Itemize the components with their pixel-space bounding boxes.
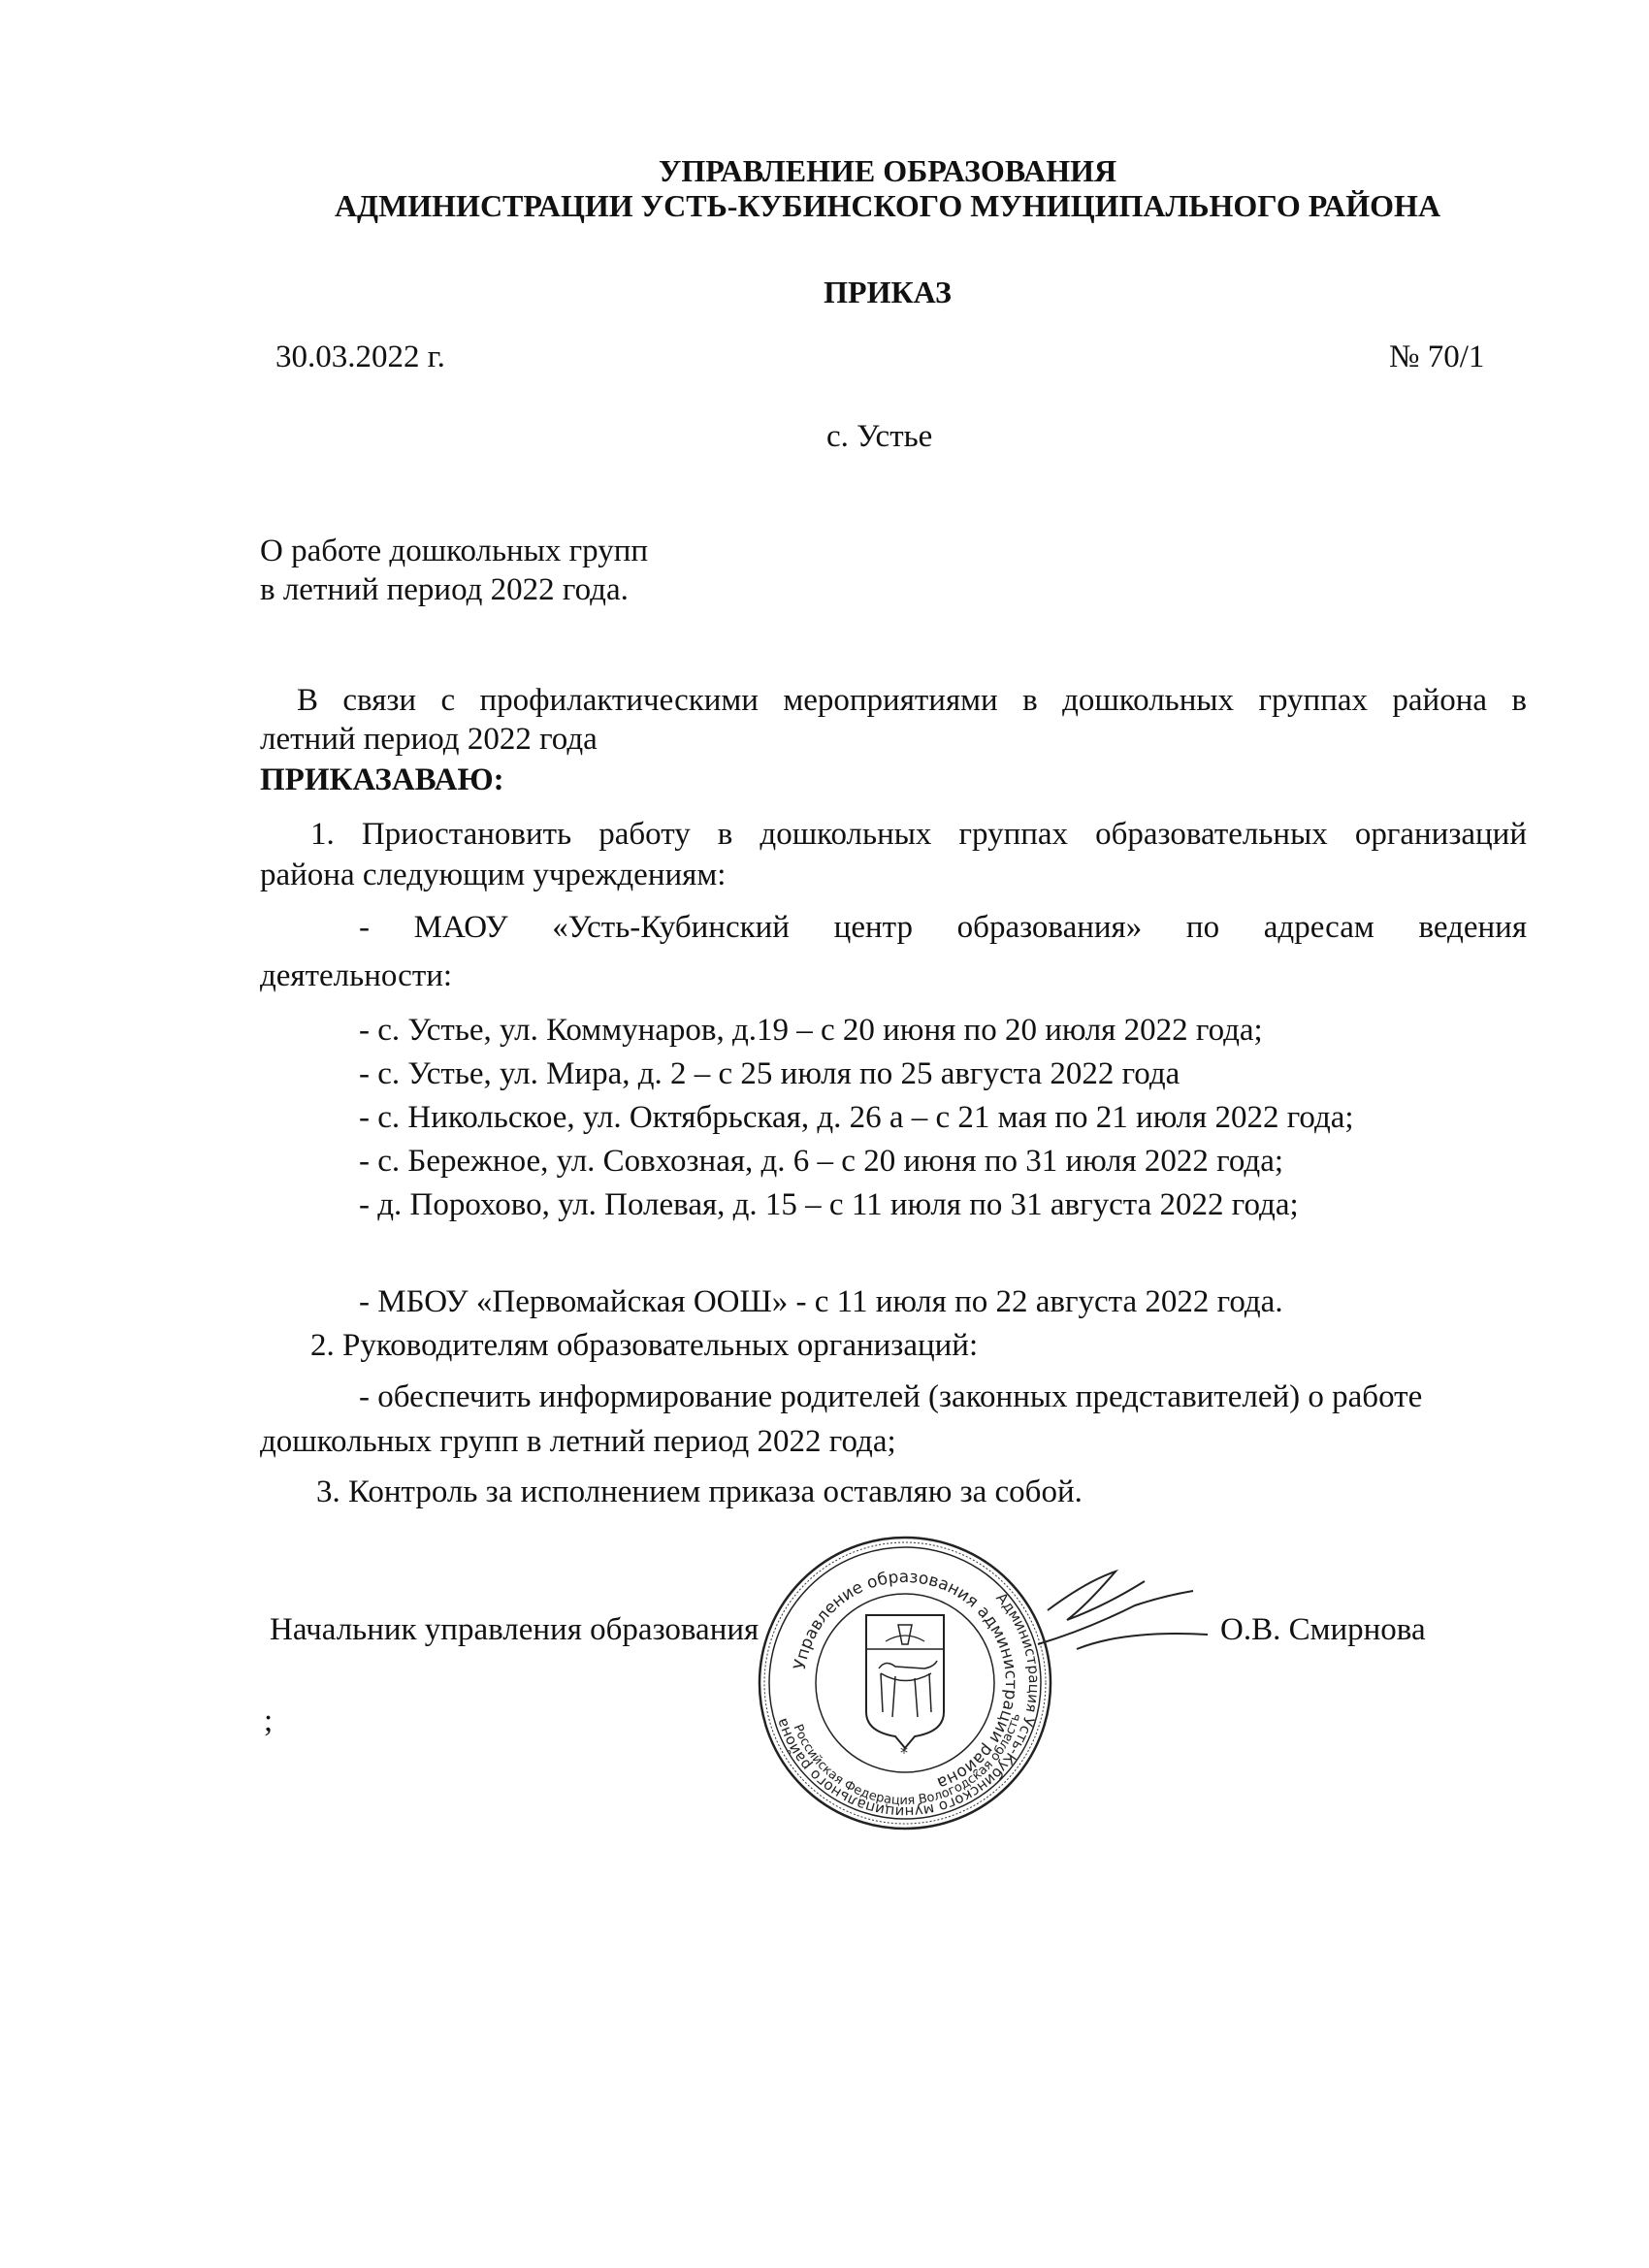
org1-line-2: деятельности: — [260, 956, 452, 995]
org1-line-1: - МАОУ «Усть-Кубинский центр образования… — [359, 908, 1527, 947]
address-item-1: - с. Устье, ул. Коммунаров, д.19 – с 20 … — [359, 1011, 1263, 1050]
org2-line: - МБОУ «Первомайская ООШ» - с 11 июля по… — [359, 1282, 1283, 1321]
order-word: ПРИКАЗАВАЮ: — [260, 761, 504, 799]
signatory-position: Начальник управления образования — [270, 1610, 759, 1649]
item2-sub-line-1: - обеспечить информирование родителей (з… — [359, 1377, 1422, 1416]
item2-sub-line-2: дошкольных групп в летний период 2022 го… — [260, 1422, 896, 1461]
stray-mark: ; — [264, 1701, 273, 1740]
document-type: ПРИКАЗ — [0, 275, 1649, 309]
item1-line-2: района следующим учреждениям: — [260, 856, 726, 894]
item1-line-1: 1. Приостановить работу в дошкольных гру… — [310, 815, 1527, 854]
subject-line-1: О работе дошкольных групп — [260, 532, 648, 570]
header-line-1: УПРАВЛЕНИЕ ОБРАЗОВАНИЯ — [0, 153, 1649, 188]
item3-line-1: 3. Контроль за исполнением приказа остав… — [316, 1473, 1083, 1511]
document-place: с. Устье — [826, 417, 932, 456]
subject-line-2: в летний период 2022 года. — [260, 570, 629, 609]
official-stamp: Администрация Усть-Кубинского муниципаль… — [755, 1533, 1055, 1833]
coat-of-arms-icon — [866, 1615, 944, 1748]
handwritten-signature — [1028, 1552, 1222, 1669]
header-line-2: АДМИНИСТРАЦИИ УСТЬ-КУБИНСКОГО МУНИЦИПАЛЬ… — [0, 188, 1649, 223]
document-date: 30.03.2022 г. — [275, 338, 445, 376]
preamble-line-2: летний период 2022 года — [260, 720, 598, 759]
address-item-5: - д. Порохово, ул. Полевая, д. 15 – с 11… — [359, 1185, 1299, 1224]
item2-line-1: 2. Руководителям образовательных организ… — [310, 1326, 978, 1365]
signatory-name: О.В. Смирнова — [1220, 1610, 1426, 1649]
address-item-3: - с. Никольское, ул. Октябрьская, д. 26 … — [359, 1098, 1354, 1137]
preamble-line-1: В связи с профилактическими мероприятиям… — [297, 681, 1527, 720]
document-number: № 70/1 — [1389, 338, 1484, 376]
address-item-2: - с. Устье, ул. Мира, д. 2 – с 25 июля п… — [359, 1054, 1180, 1093]
address-item-4: - с. Бережное, ул. Совхозная, д. 6 – с 2… — [359, 1142, 1283, 1181]
